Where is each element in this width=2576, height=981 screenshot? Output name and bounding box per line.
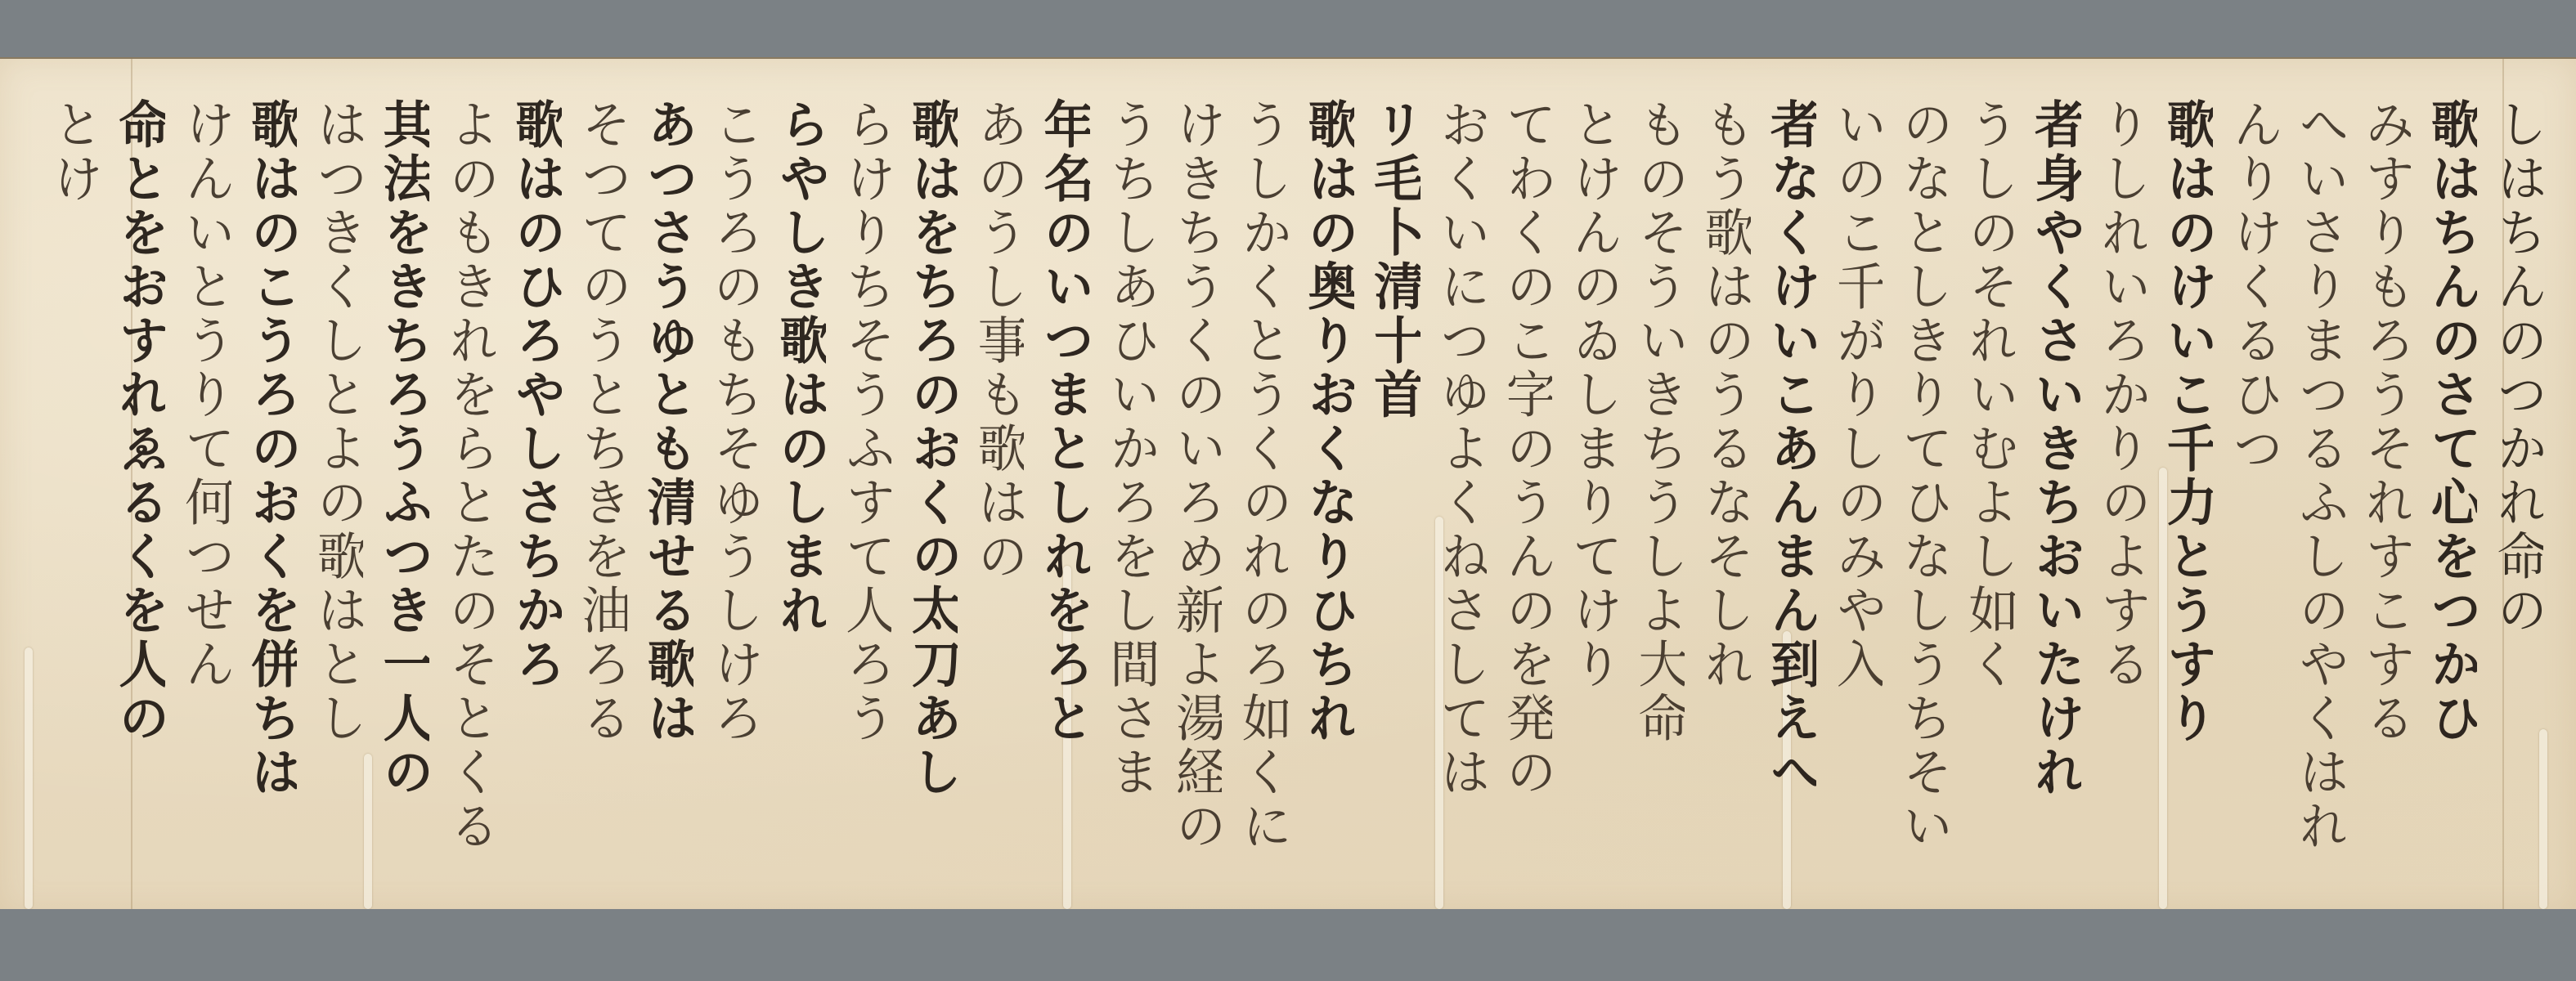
calligraphy-column: 歌はをちろのおくの太刀あし	[891, 98, 958, 899]
calligraphy-column: へいさりまつるふしのやくはれ	[2279, 98, 2345, 899]
calligraphy-column: ものそういきちうしよ大命	[1618, 98, 1685, 899]
calligraphy-column: 歌はのこうろのおくを併ちは	[231, 98, 298, 899]
calligraphy-column: 者なくけいこあんまん到えへ	[1751, 98, 1817, 899]
calligraphy-column: とけんのゐしまりてけり	[1552, 98, 1618, 899]
calligraphy-column: うしかくとうくのれのろ如くに	[1222, 98, 1288, 899]
calligraphy-column: うちしあひいかろをし間さま	[1090, 98, 1156, 899]
calligraphy-column: んりけくるひつ	[2213, 98, 2279, 899]
calligraphy-column: てわくのこ字のうんのを発の	[1487, 98, 1553, 899]
calligraphy-column: けんいとうりて何つせん	[165, 98, 231, 899]
calligraphy-columns: しはちんのつかれ命の歌はちんのさて心をつかひみすりもろうそれすこするへいさりまつ…	[0, 98, 2543, 899]
calligraphy-column: らけりちそうふすて人ろう	[826, 98, 892, 899]
calligraphy-column: 歌はのけいこ千力とうすり	[2147, 98, 2213, 899]
calligraphy-column: こうろのもちそゆうしけろ	[693, 98, 760, 899]
calligraphy-column: 命とをおすれゑるくを人の	[99, 98, 165, 899]
heading-column: リ毛卜清十首	[1354, 98, 1420, 899]
calligraphy-column: 歌はの奥りおくなりひちれ	[1288, 98, 1354, 899]
calligraphy-column: もう歌はのうるなそしれ	[1685, 98, 1751, 899]
gray-mount-top	[0, 0, 2576, 59]
calligraphy-column: らやしき歌はのしまれ	[760, 98, 826, 899]
calligraphy-column: りしれいろかりのよする	[2081, 98, 2147, 899]
calligraphy-column: あのうし事も歌はの	[958, 98, 1024, 899]
calligraphy-column: 者身やくさいきちおいたけれ	[2015, 98, 2081, 899]
calligraphy-column: はつきくしとよの歌はとし	[297, 98, 363, 899]
gray-mount-bottom	[0, 909, 2576, 981]
calligraphy-column: みすりもろうそれすこする	[2345, 98, 2412, 899]
calligraphy-column: 歌はちんのさて心をつかひ	[2411, 98, 2477, 899]
calligraphy-column: しはちんのつかれ命の	[2477, 98, 2543, 899]
calligraphy-column: のなとしきりてひなしうちそい	[1883, 98, 1949, 899]
calligraphy-column: そつてのうとちきを油ろる	[562, 98, 628, 899]
calligraphy-column: おくいにつゆよくねさしては	[1420, 98, 1487, 899]
calligraphy-column: けきちうくのいろめ新よ湯経の	[1156, 98, 1223, 899]
calligraphy-column: いのこ千がりしのみや入	[1816, 98, 1883, 899]
calligraphy-column: うしのそれいむよし如く	[1949, 98, 2015, 899]
calligraphy-column: 其法をきちろうふつき一人の	[363, 98, 429, 899]
calligraphy-column: とけ	[33, 98, 99, 899]
calligraphy-column: あつさうゆとも清せる歌は	[627, 98, 693, 899]
calligraphy-column: よのもきれをらとたのそとくる	[429, 98, 496, 899]
calligraphy-column: 歌はのひろやしさちかろ	[496, 98, 562, 899]
calligraphy-column: 年名のいつまとしれをろと	[1024, 98, 1090, 899]
